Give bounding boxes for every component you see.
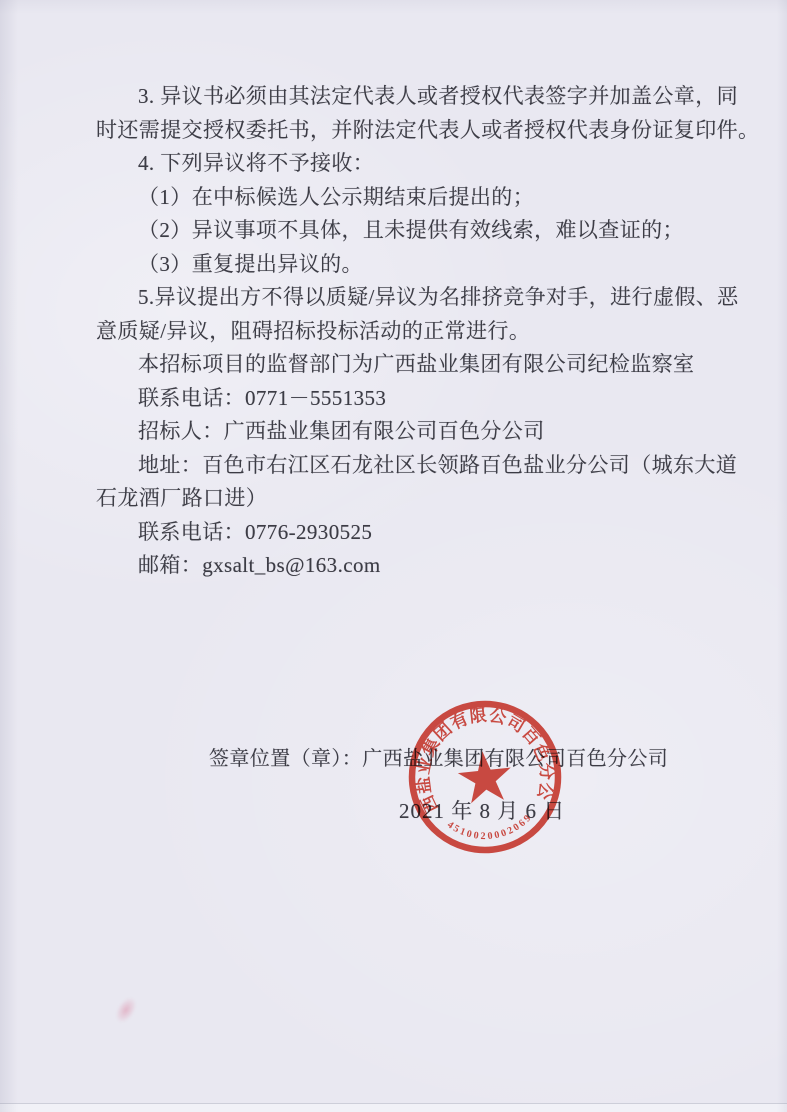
company-seal-stamp: 广西盐业集团有限公司百色分公司 4510020002069 xyxy=(381,673,590,882)
list-item-3: （3）重复提出异议的。 xyxy=(96,248,756,282)
scanned-document-page: 3. 异议书必须由其法定代表人或者授权代表签字并加盖公章，同 时还需提交授权委托… xyxy=(0,0,787,1112)
paragraph-line-3: 3. 异议书必须由其法定代表人或者授权代表签字并加盖公章，同 xyxy=(96,80,756,114)
seal-company-arc-text: 广西盐业集团有限公司百色分公司 xyxy=(381,673,561,820)
supervision-dept-line: 本招标项目的监督部门为广西盐业集团有限公司纪检监察室 xyxy=(96,348,756,382)
email-line: 邮箱：gxsalt_bs@163.com xyxy=(96,549,756,583)
phone-line-1: 联系电话：0771－5551353 xyxy=(96,382,756,416)
document-body: 3. 异议书必须由其法定代表人或者授权代表签字并加盖公章，同 时还需提交授权委托… xyxy=(96,80,756,583)
star-icon xyxy=(456,748,514,804)
list-item-2: （2）异议事项不具体，且未提供有效线索，难以查证的； xyxy=(96,214,756,248)
list-item-1: （1）在中标候选人公示期结束后提出的； xyxy=(96,181,756,215)
paragraph-line-3-cont: 时还需提交授权委托书，并附法定代表人或者授权代表身份证复印件。 xyxy=(96,114,756,148)
paragraph-line-4: 4. 下列异议将不予接收： xyxy=(96,147,756,181)
tenderer-line: 招标人：广西盐业集团有限公司百色分公司 xyxy=(96,415,756,449)
paragraph-line-5-cont: 意质疑/异议，阻碍招标投标活动的正常进行。 xyxy=(96,315,756,349)
page-bottom-edge xyxy=(0,1103,787,1112)
address-line-cont: 石龙酒厂路口进） xyxy=(96,482,756,516)
paragraph-line-5: 5.异议提出方不得以质疑/异议为名排挤竞争对手，进行虚假、恶 xyxy=(96,281,756,315)
address-line: 地址：百色市右江区石龙社区长领路百色盐业分公司（城东大道 xyxy=(96,449,756,483)
phone-line-2: 联系电话：0776-2930525 xyxy=(96,516,756,550)
ink-smudge xyxy=(105,987,147,1034)
